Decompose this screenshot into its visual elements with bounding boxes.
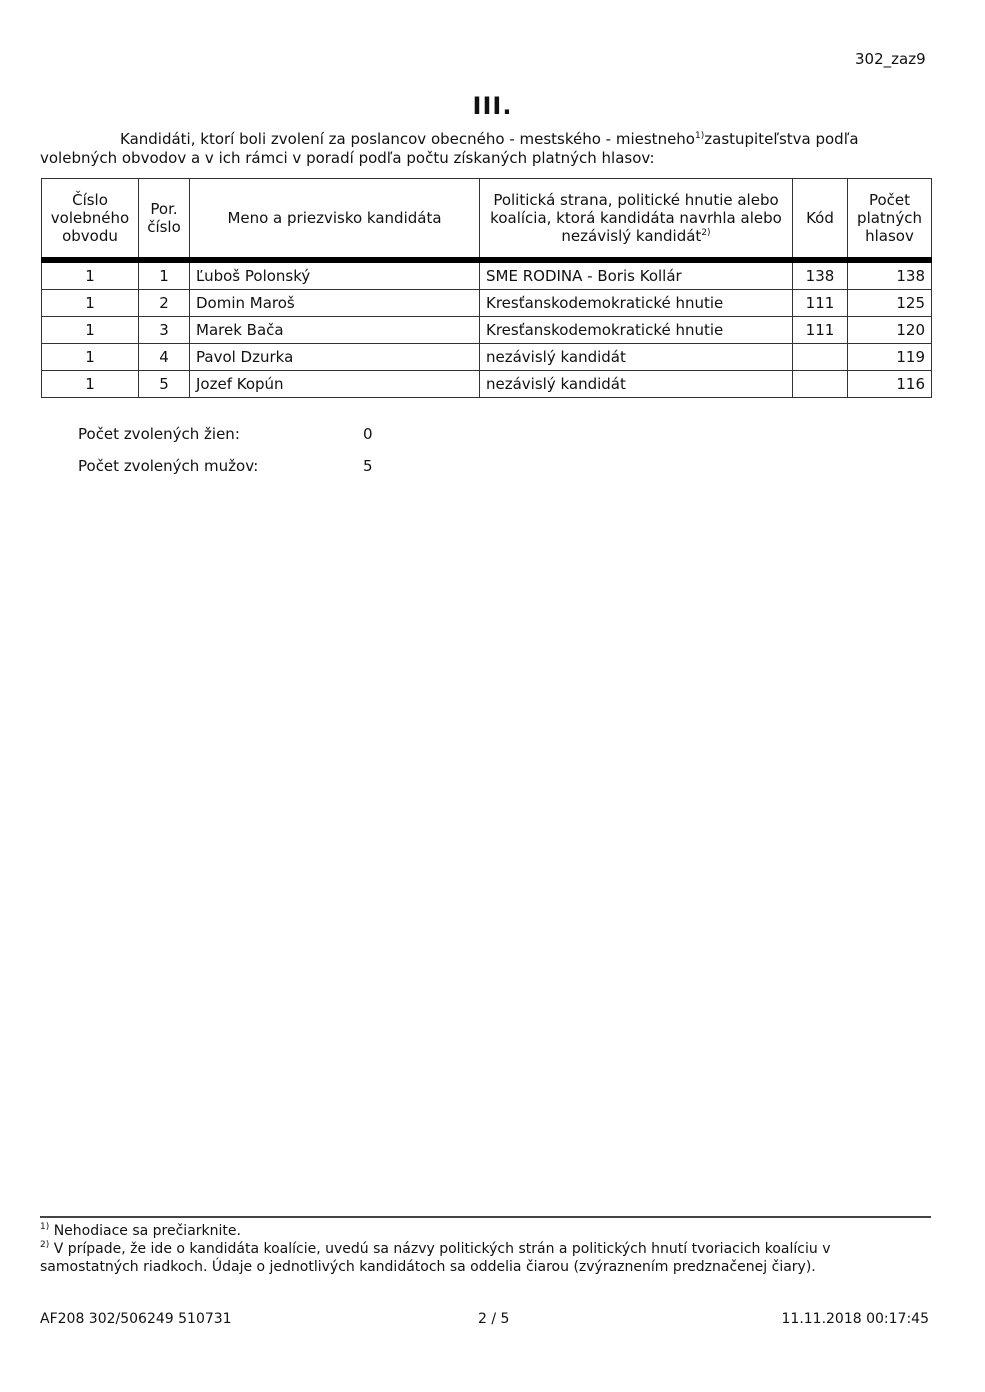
table-row: 12Domin MarošKresťanskodemokratické hnut… <box>42 290 932 317</box>
footnote-2: 2) V prípade, že ide o kandidáta koalíci… <box>40 1240 931 1276</box>
cell-poradie: 2 <box>139 290 190 317</box>
elected-counts: Počet zvolených žien:0 Počet zvolených m… <box>78 425 373 489</box>
col-header-poradie: Por. číslo <box>139 179 190 261</box>
cell-kod: 111 <box>793 290 848 317</box>
cell-hlasy: 116 <box>848 371 932 398</box>
cell-poradie: 3 <box>139 317 190 344</box>
intro-line1: Kandidáti, ktorí boli zvolení za poslanc… <box>120 130 695 148</box>
page-footer: AF208 302/506249 510731 2 / 5 11.11.2018… <box>40 1311 929 1327</box>
intro-line1-end: zastupiteľstva podľa <box>704 130 858 148</box>
document-id: 302_zaz9 <box>855 50 926 68</box>
footnote-1-text: Nehodiace sa prečiarknite. <box>49 1223 241 1239</box>
footer-form-id: AF208 302/506249 510731 <box>40 1311 232 1327</box>
cell-obvod: 1 <box>42 371 139 398</box>
page-number: 2 / 5 <box>478 1311 509 1327</box>
cell-kod <box>793 344 848 371</box>
table-row: 13Marek BačaKresťanskodemokratické hnuti… <box>42 317 932 344</box>
col-header-strana: Politická strana, politické hnutie alebo… <box>480 179 793 261</box>
cell-strana: nezávislý kandidát <box>480 344 793 371</box>
table-row: 14Pavol Dzurkanezávislý kandidát119 <box>42 344 932 371</box>
cell-kod: 111 <box>793 317 848 344</box>
cell-hlasy: 119 <box>848 344 932 371</box>
cell-meno: Marek Bača <box>190 317 480 344</box>
cell-obvod: 1 <box>42 344 139 371</box>
footnote-ref-2: 2) <box>701 228 710 238</box>
footnote-2-mark: 2) <box>40 1240 49 1250</box>
footnote-ref-1: 1) <box>695 131 704 141</box>
women-count-value: 0 <box>363 425 373 457</box>
cell-meno: Jozef Kopún <box>190 371 480 398</box>
footnote-1-mark: 1) <box>40 1222 49 1232</box>
cell-poradie: 5 <box>139 371 190 398</box>
cell-obvod: 1 <box>42 290 139 317</box>
footnotes: 1) Nehodiace sa prečiarknite. 2) V prípa… <box>40 1222 931 1276</box>
footnote-divider <box>40 1216 931 1218</box>
cell-poradie: 4 <box>139 344 190 371</box>
cell-meno: Ľuboš Polonský <box>190 260 480 290</box>
col-header-meno: Meno a priezvisko kandidáta <box>190 179 480 261</box>
intro-text: Kandidáti, ktorí boli zvolení za poslanc… <box>40 130 940 168</box>
cell-kod <box>793 371 848 398</box>
men-count-label: Počet zvolených mužov: <box>78 457 363 489</box>
cell-obvod: 1 <box>42 317 139 344</box>
cell-strana: SME RODINA - Boris Kollár <box>480 260 793 290</box>
footnote-2-text: V prípade, že ide o kandidáta koalície, … <box>40 1241 831 1275</box>
elected-candidates-table: Číslo volebného obvodu Por. číslo Meno a… <box>41 178 932 398</box>
cell-strana: Kresťanskodemokratické hnutie <box>480 290 793 317</box>
col-header-hlasy: Počet platných hlasov <box>848 179 932 261</box>
cell-hlasy: 120 <box>848 317 932 344</box>
women-count-label: Počet zvolených žien: <box>78 425 363 457</box>
intro-line2: volebných obvodov a v ich rámci v poradí… <box>40 149 940 168</box>
cell-hlasy: 138 <box>848 260 932 290</box>
cell-strana: nezávislý kandidát <box>480 371 793 398</box>
col-header-strana-text: Politická strana, politické hnutie alebo… <box>490 191 782 245</box>
table-row: 11Ľuboš PolonskýSME RODINA - Boris Kollá… <box>42 260 932 290</box>
table-header-row: Číslo volebného obvodu Por. číslo Meno a… <box>42 179 932 261</box>
col-header-kod: Kód <box>793 179 848 261</box>
cell-strana: Kresťanskodemokratické hnutie <box>480 317 793 344</box>
col-header-obvod: Číslo volebného obvodu <box>42 179 139 261</box>
men-count-value: 5 <box>363 457 373 489</box>
cell-meno: Domin Maroš <box>190 290 480 317</box>
footer-timestamp: 11.11.2018 00:17:45 <box>782 1311 930 1327</box>
cell-kod: 138 <box>793 260 848 290</box>
footnote-1: 1) Nehodiace sa prečiarknite. <box>40 1222 931 1240</box>
section-title: III. <box>0 92 985 120</box>
cell-meno: Pavol Dzurka <box>190 344 480 371</box>
cell-obvod: 1 <box>42 260 139 290</box>
table-row: 15Jozef Kopúnnezávislý kandidát116 <box>42 371 932 398</box>
cell-poradie: 1 <box>139 260 190 290</box>
cell-hlasy: 125 <box>848 290 932 317</box>
